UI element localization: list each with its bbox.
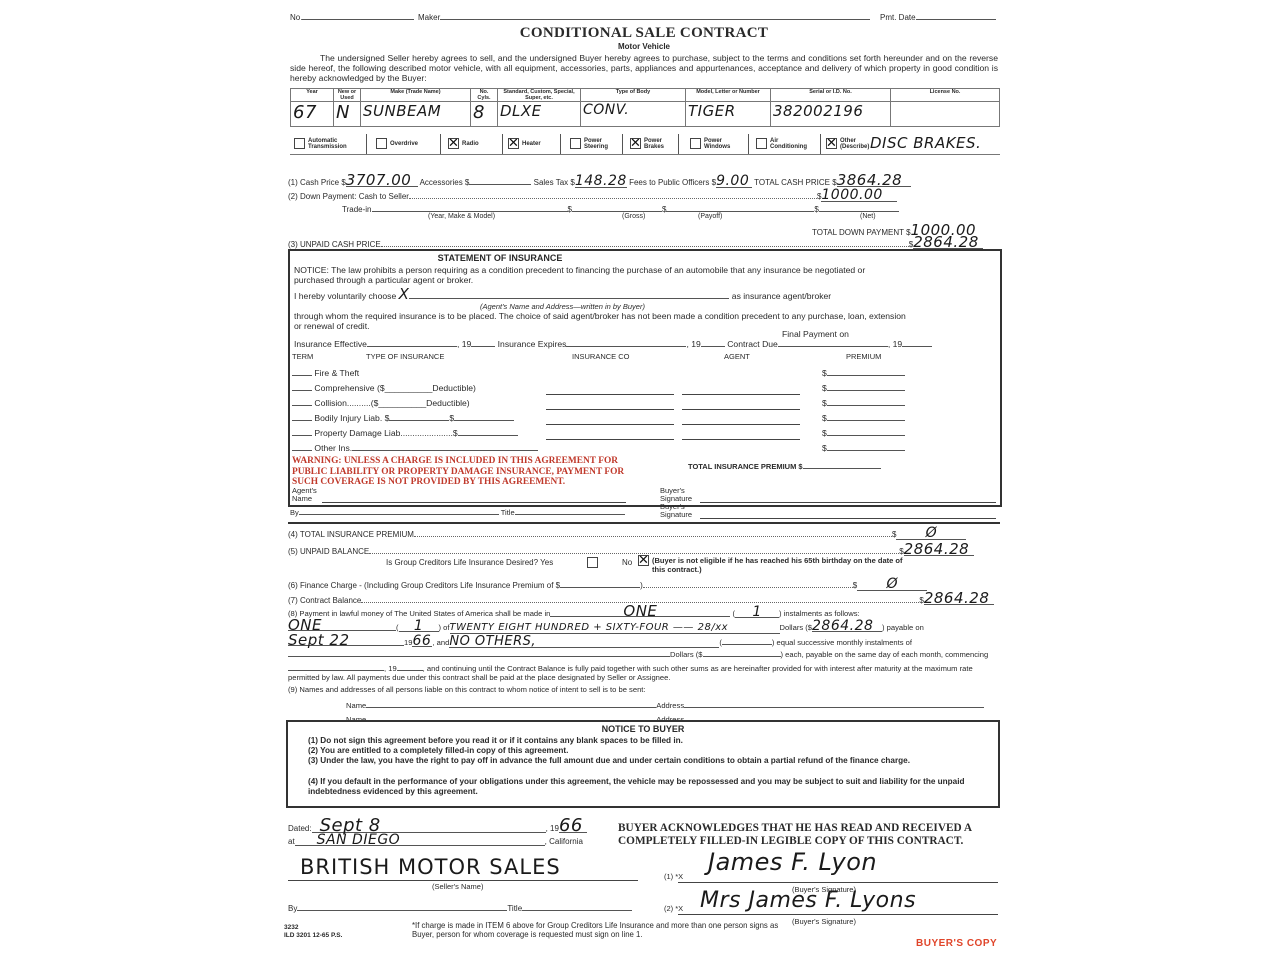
ins-by-row: By Title <box>290 508 625 517</box>
amount-value[interactable]: 2864.28 <box>812 621 882 632</box>
names-label: (9) Names and addresses of all persons l… <box>288 685 646 694</box>
checkbox-power-windows[interactable] <box>690 138 701 149</box>
form-no-1: 3232 <box>284 924 342 932</box>
insurance-title: STATEMENT OF INSURANCE <box>290 253 710 263</box>
trade-in-row: Trade-in$$$ <box>342 205 899 214</box>
year-prefix: , 19 <box>686 339 700 349</box>
ins-type: Bodily Injury Liab. $ <box>314 413 389 423</box>
payment-line-3: Sept 221966, andNO OTHERS,() equal succe… <box>288 635 912 648</box>
option-label: Air Conditioning <box>770 138 806 150</box>
at-value[interactable]: SAN DIEGO <box>295 835 545 846</box>
col-type: TYPE OF INSURANCE <box>366 352 444 361</box>
down-payment-row: (2) Down Payment: Cash to Seller$1000.00 <box>288 189 897 202</box>
num-installments-words[interactable]: ONE <box>550 606 730 617</box>
accessories-value[interactable] <box>469 184 531 185</box>
dated-label: Dated: <box>288 824 312 833</box>
col-new-used: New or Used <box>334 89 361 102</box>
trade-in-label: Trade-in <box>342 205 372 214</box>
first-count-words[interactable]: ONE <box>288 620 396 631</box>
at-row: atSAN DIEGO, California <box>288 835 583 846</box>
through-text: through whom the required insurance is t… <box>294 311 914 331</box>
total-premium-row: TOTAL INSURANCE PREMIUM $ <box>688 462 881 471</box>
total-ins-premium-label: (4) TOTAL INSURANCE PREMIUM <box>288 530 414 539</box>
notice-item: (2) You are entitled to a completely fil… <box>308 746 568 755</box>
sig2-prefix: (2) *X <box>664 904 683 913</box>
cash-price-row: (1) Cash Price $3707.00 Accessories $ Sa… <box>288 174 911 188</box>
year-value[interactable]: 66 <box>559 820 587 833</box>
license-value[interactable] <box>891 102 1000 127</box>
choose-label: I hereby voluntarily choose <box>294 291 396 301</box>
contract-balance-value[interactable]: 2864.28 <box>924 592 994 605</box>
form-no-2: ILD 3201 12-65 P.S. <box>284 932 342 940</box>
maker-label: Maker <box>418 13 440 22</box>
contract-document: No. Maker Pmt. Date CONDITIONAL SALE CON… <box>288 8 1000 953</box>
by-label: By <box>290 508 299 517</box>
address-label: Address <box>656 701 684 710</box>
checkbox-air-conditioning[interactable] <box>756 138 767 149</box>
vehicle-table: Year New or Used Make (Trade Name) No. C… <box>290 88 1000 127</box>
form-numbers: 3232 ILD 3201 12-65 P.S. <box>284 924 342 940</box>
continuing-text: and continuing until the Contract Balanc… <box>288 664 973 682</box>
option-label: Heater <box>522 141 541 147</box>
unpaid-cash-price-label: (3) UNPAID CASH PRICE <box>288 240 381 249</box>
fees-label: Fees to Public Officers $ <box>629 178 716 187</box>
payment-line-2: ONE(1) ofTWENTY EIGHT HUNDRED + SIXTY-FO… <box>288 620 924 634</box>
final-payment-label: Final Payment on <box>782 329 849 339</box>
insurance-warning: WARNING: UNLESS A CHARGE IS INCLUDED IN … <box>292 456 652 488</box>
first-date[interactable]: Sept 22 <box>288 635 404 646</box>
trade-in-payoff-caption: (Payoff) <box>698 214 722 220</box>
cyls-value[interactable]: 8 <box>471 102 498 127</box>
effective-input[interactable] <box>367 346 457 347</box>
footnote: *If charge is made in ITEM 6 above for G… <box>412 922 792 939</box>
seller-by-row: ByTitle <box>288 904 632 913</box>
finance-charge-value[interactable]: Ø <box>857 578 927 591</box>
by-label: By <box>288 904 297 913</box>
name-label: Name <box>346 701 366 710</box>
first-year[interactable]: 66 <box>412 636 432 647</box>
year-prefix: , 19 <box>457 339 471 349</box>
unpaid-cash-price-value[interactable]: 2864.28 <box>913 236 983 249</box>
year-label: 19 <box>550 824 559 833</box>
address-input-1[interactable] <box>684 707 984 708</box>
choose-mark[interactable]: X <box>399 285 410 303</box>
model-value[interactable]: TIGER <box>686 102 771 127</box>
payment-continuing: , 19, and continuing until the Contract … <box>288 664 998 682</box>
title-label: Title <box>501 508 515 517</box>
col-make: Make (Trade Name) <box>361 89 471 102</box>
buyer-sig-label-2: Buyer's Signature <box>660 503 698 519</box>
ins-type: Other Ins. <box>314 443 352 453</box>
ins-row-property: Property Damage Liab....................… <box>292 428 518 438</box>
buyer-signature-2[interactable]: Mrs James F. Lyons <box>700 888 916 913</box>
life-ins-note: (Buyer is not eligible if he has reached… <box>652 556 912 574</box>
sig1-prefix: (1) *X <box>664 872 683 881</box>
choose-suffix: as insurance agent/broker <box>732 291 831 301</box>
col-ins-co: INSURANCE CO <box>572 352 630 361</box>
option-label: Automatic Transmission <box>308 138 358 150</box>
dollars-label: Dollars ($ <box>780 623 813 632</box>
agent-caption: (Agent's Name and Address—written in by … <box>480 302 645 311</box>
maker-field: Maker <box>418 13 870 22</box>
cash-price-label: (1) Cash Price $ <box>288 178 346 187</box>
option-label: Other (Describe) <box>840 138 868 150</box>
option-label: Power Brakes <box>644 138 672 150</box>
title-label: Title <box>507 904 522 913</box>
standard-value[interactable]: DLXE <box>498 102 581 127</box>
fees-value[interactable]: 9.00 <box>716 175 752 188</box>
body-value[interactable]: CONV. <box>581 102 686 127</box>
trade-in-gross-caption: (Gross) <box>622 214 645 220</box>
cash-price-value[interactable]: 3707.00 <box>346 174 418 187</box>
and-label: , and <box>432 638 449 647</box>
col-body: Type of Body <box>581 89 686 102</box>
trade-in-ymm-caption: (Year, Make & Model) <box>428 214 495 220</box>
contract-balance-label: (7) Contract Balance <box>288 596 361 605</box>
option-label: Radio <box>462 141 479 147</box>
col-standard: Standard, Custom, Special, Super, etc. <box>498 89 581 102</box>
each-label: ) each, payable on the same day of each … <box>781 650 989 659</box>
first-count[interactable]: 1 <box>399 621 439 632</box>
no-label: No. <box>290 13 302 22</box>
others-value[interactable]: NO OTHERS, <box>449 637 719 648</box>
col-term: TERM <box>292 352 313 361</box>
col-year: Year <box>291 89 334 102</box>
col-license: License No. <box>891 89 1000 102</box>
payable-on: ) payable on <box>882 623 924 632</box>
option-label: Power Windows <box>704 138 734 150</box>
year-prefix: , 19 <box>888 339 902 349</box>
unpaid-cash-price-row: (3) UNPAID CASH PRICE$2864.28 <box>288 236 983 249</box>
ins-type: Property Damage Liab....................… <box>314 428 453 438</box>
col-serial: Serial or I.D. No. <box>771 89 891 102</box>
ins-row-bodily: Bodily Injury Liab. $$ <box>292 413 514 423</box>
total-premium-label: TOTAL INSURANCE PREMIUM $ <box>688 462 803 471</box>
checkbox-heater[interactable] <box>508 138 519 149</box>
year-value[interactable]: 67 <box>291 102 334 127</box>
no-field: No. <box>290 13 414 22</box>
option-label: Power Steering <box>584 138 614 150</box>
pmt-date-field: Pmt. Date <box>880 13 996 22</box>
ins-type: Comprehensive ($__________Deductible) <box>314 383 475 393</box>
buyer-sig-caption-2: (Buyer's Signature) <box>792 917 856 926</box>
notice-title: NOTICE TO BUYER <box>288 724 998 734</box>
option-label: Overdrive <box>390 141 418 147</box>
notice-item: (3) Under the law, you have the right to… <box>308 756 978 766</box>
contract-due-label: Contract Due <box>727 339 778 349</box>
life-ins-no-checkbox[interactable] <box>638 555 649 566</box>
effective-label: Insurance Effective <box>294 339 367 349</box>
total-cash-price-label: TOTAL CASH PRICE $ <box>754 178 837 187</box>
num-installments[interactable]: 1 <box>735 607 779 618</box>
seller-by-input[interactable] <box>297 910 507 911</box>
unpaid-balance-row: (5) UNPAID BALANCE$2864.28 <box>288 543 974 556</box>
checkbox-radio[interactable] <box>448 138 459 149</box>
life-ins-no-label: No <box>622 558 632 567</box>
payment-label: (8) Payment in lawful money of The Unite… <box>288 609 550 618</box>
ins-row-fire: Fire & Theft <box>292 368 359 378</box>
down-payment-value[interactable]: 1000.00 <box>821 189 897 202</box>
trade-in-net-caption: (Net) <box>860 214 876 220</box>
buyers-copy-label: BUYER'S COPY <box>916 938 997 949</box>
amount-words[interactable]: TWENTY EIGHT HUNDRED + SIXTY-FOUR —— 28/… <box>450 623 780 634</box>
payment-line-1: (8) Payment in lawful money of The Unite… <box>288 606 860 618</box>
ins-row-collision: Collision..........($__________Deductibl… <box>292 398 470 408</box>
notice-item: (4) If you default in the performance of… <box>308 777 978 797</box>
ins-type: Collision..........($__________Deductibl… <box>314 398 469 408</box>
page-subtitle: Motor Vehicle <box>288 42 1000 51</box>
new-used-value[interactable]: N <box>334 102 361 127</box>
serial-value[interactable]: 382002196 <box>771 102 891 127</box>
insurance-notice: NOTICE: The law prohibits a person requi… <box>294 265 904 285</box>
name-row-1: NameAddress <box>346 701 984 710</box>
ins-row-comprehensive: Comprehensive ($__________Deductible) <box>292 383 476 393</box>
sales-tax-value[interactable]: 148.28 <box>575 175 627 188</box>
ins-type: Fire & Theft <box>314 368 359 378</box>
unpaid-balance-value[interactable]: 2864.28 <box>904 543 974 556</box>
accessories-label: Accessories $ <box>420 178 470 187</box>
dollars-label-2: Dollars ($ <box>670 650 703 659</box>
contract-due-input[interactable] <box>778 346 888 347</box>
insurance-section: STATEMENT OF INSURANCE NOTICE: The law p… <box>288 249 1002 507</box>
life-ins-yes-checkbox[interactable] <box>587 557 598 568</box>
other-describe-value[interactable]: DISC BRAKES. <box>870 134 981 152</box>
checkbox-automatic-transmission[interactable] <box>294 138 305 149</box>
col-model: Model, Letter or Number <box>686 89 771 102</box>
down-payment-label: (2) Down Payment: Cash to Seller <box>288 192 409 201</box>
unpaid-balance-label: (5) UNPAID BALANCE <box>288 547 369 556</box>
sales-tax-label: Sales Tax $ <box>534 178 575 187</box>
state-label: California <box>549 837 583 846</box>
equal-label: ) equal successive monthly instalments o… <box>772 638 912 647</box>
name-input-1[interactable] <box>366 707 656 708</box>
finance-charge-label: (6) Finance Charge - (Including Group Cr… <box>288 581 560 590</box>
total-ins-premium-row: (4) TOTAL INSURANCE PREMIUM$Ø <box>288 527 966 540</box>
total-cash-price-value[interactable]: 3864.28 <box>837 174 911 187</box>
insurance-dates-row: Insurance Effective, 19 Insurance Expire… <box>294 339 932 349</box>
life-ins-question: Is Group Creditors Life Insurance Desire… <box>386 558 553 567</box>
seller-name-value[interactable]: BRITISH MOTOR SALES <box>300 855 561 879</box>
seller-title-input[interactable] <box>522 910 632 911</box>
buyer-sig-label: Buyer's Signature <box>660 487 698 503</box>
finance-charge-row: (6) Finance Charge - (Including Group Cr… <box>288 578 927 591</box>
intro-paragraph: The undersigned Seller hereby agrees to … <box>290 53 998 83</box>
make-value[interactable]: SUNBEAM <box>361 102 471 127</box>
expires-input[interactable] <box>566 346 686 347</box>
choose-agent-row: I hereby voluntarily choose X as insuran… <box>294 289 831 301</box>
checkbox-power-steering[interactable] <box>570 138 581 149</box>
col-cyls: No. Cyls. <box>471 89 498 102</box>
notice-to-buyer: NOTICE TO BUYER (1) Do not sign this agr… <box>286 720 1000 808</box>
sig1-row: (1) *X <box>664 872 683 881</box>
ins-row-other: Other Ins. <box>292 443 538 453</box>
options-row: Automatic Transmission Overdrive Radio H… <box>290 134 1000 155</box>
sig2-row: (2) *X <box>664 904 683 913</box>
installments-suffix: ) instalments as follows: <box>779 609 860 618</box>
col-agent: AGENT <box>724 352 750 361</box>
col-premium: PREMIUM <box>846 352 881 361</box>
checkbox-overdrive[interactable] <box>376 138 387 149</box>
checkbox-other[interactable] <box>826 138 837 149</box>
agents-name-label: Agent's Name <box>292 487 322 503</box>
seller-name-caption: (Seller's Name) <box>432 882 483 891</box>
total-ins-premium-value[interactable]: Ø <box>896 527 966 540</box>
buyer-signature-1[interactable]: James F. Lyon <box>708 848 877 876</box>
buyer-acknowledgement: BUYER ACKNOWLEDGES THAT HE HAS READ AND … <box>618 822 1000 847</box>
at-label: at <box>288 837 295 846</box>
checkbox-power-brakes[interactable] <box>630 138 641 149</box>
payment-line-4: Dollars ($) each, payable on the same da… <box>288 650 988 659</box>
page-title: CONDITIONAL SALE CONTRACT <box>288 25 1000 42</box>
pmt-date-label: Pmt. Date <box>880 13 916 22</box>
notice-item: (1) Do not sign this agreement before yo… <box>308 736 683 745</box>
expires-label: Insurance Expires <box>498 339 567 349</box>
